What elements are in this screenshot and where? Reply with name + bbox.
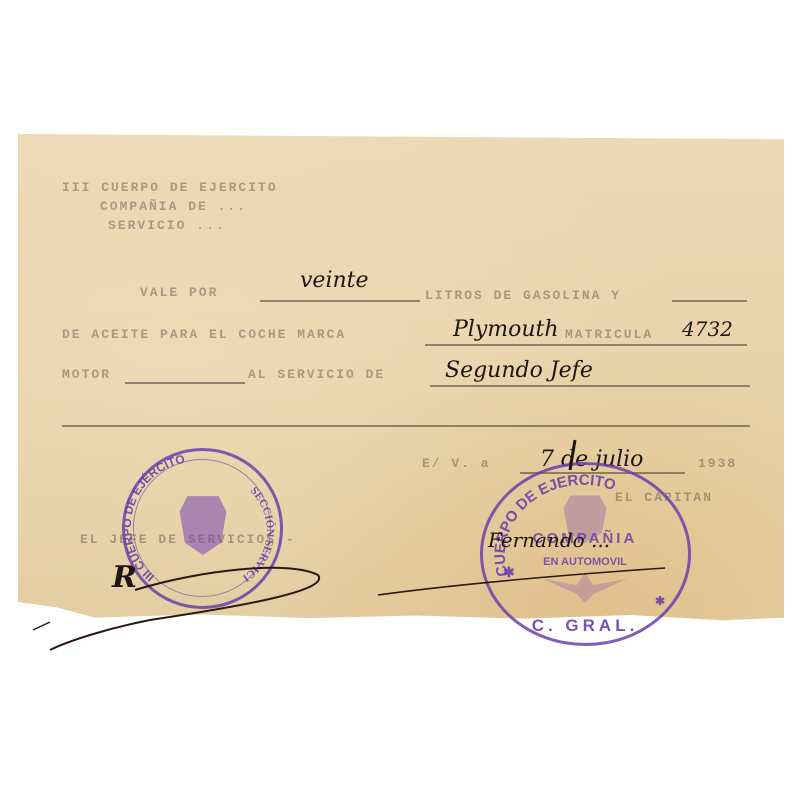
signature-strokes	[0, 0, 800, 800]
